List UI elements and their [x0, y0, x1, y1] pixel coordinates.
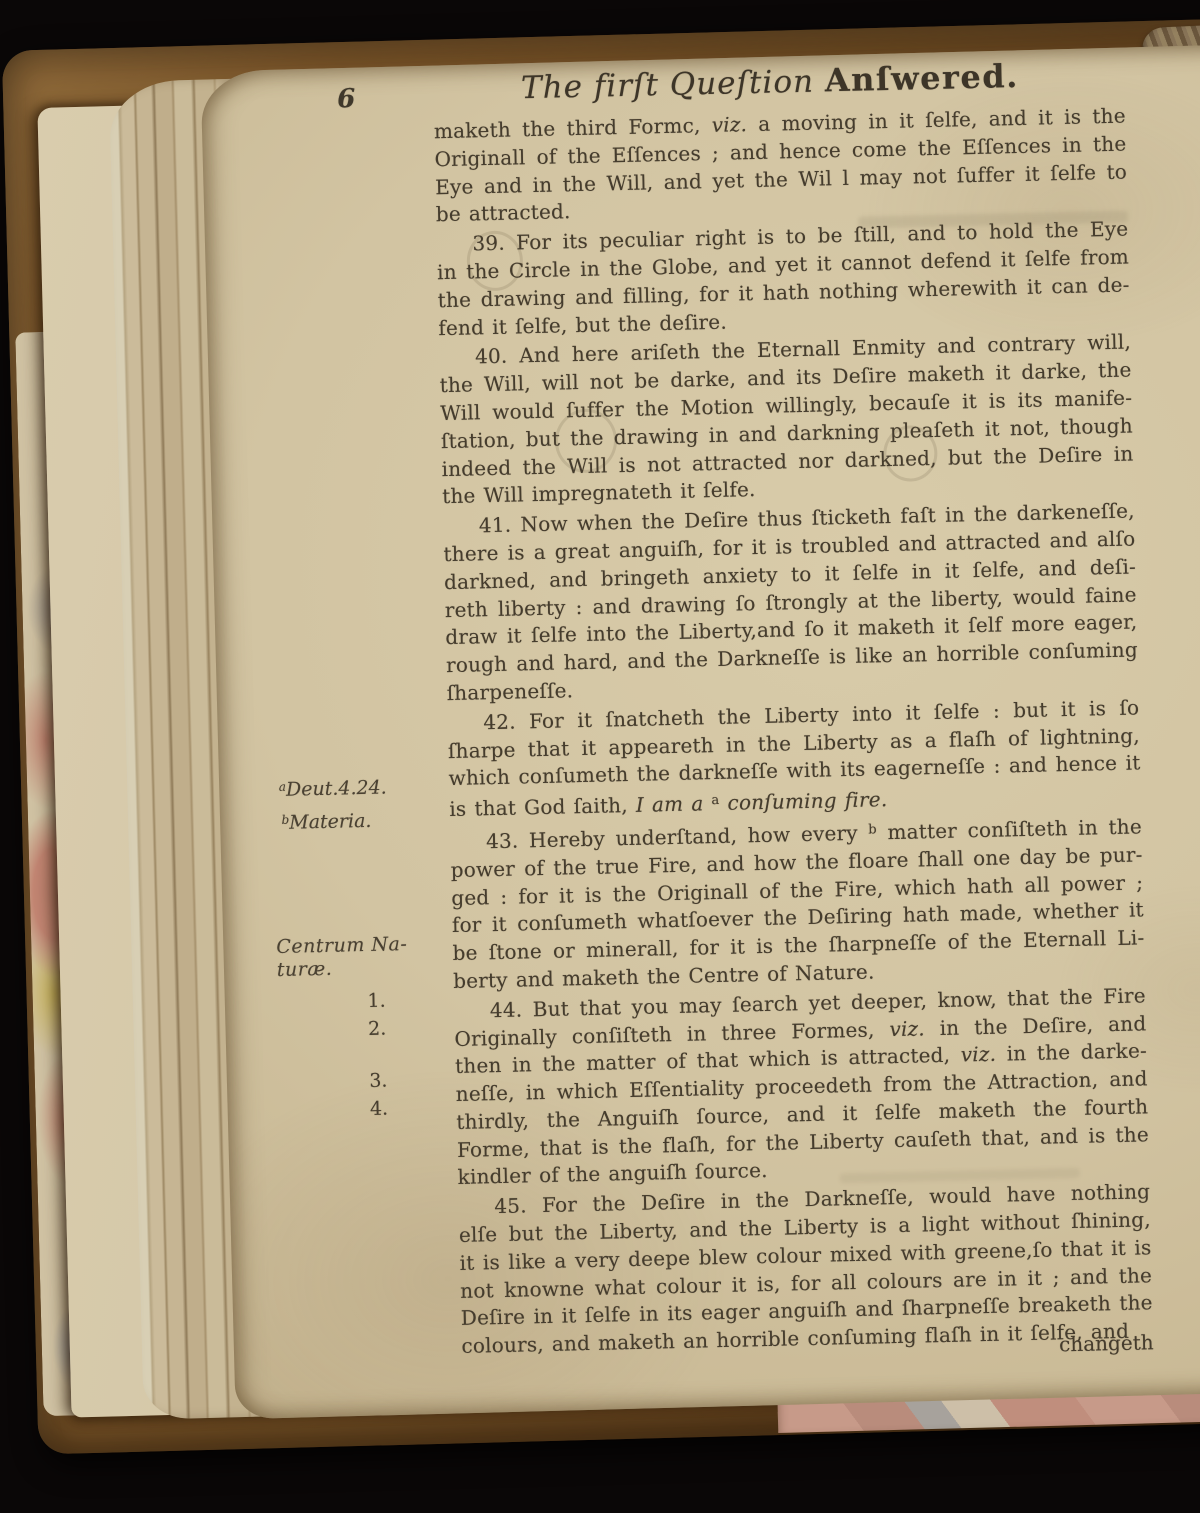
- paragraph: maketh the third Formc, viz. a moving in…: [434, 103, 1128, 230]
- text-segment: viz.: [889, 1016, 925, 1041]
- text-segment: fend it ſelfe, but the deſire.: [438, 309, 727, 340]
- running-title: The firſt Queſtion Anſwered.: [425, 55, 1116, 109]
- paragraph: 43. Hereby underſtand, how every b matte…: [450, 810, 1146, 995]
- text-segment: matter conſiſteth in the: [877, 814, 1143, 844]
- book: 6 The firſt Queſtion Anſwered. aDeut.4.2…: [2, 18, 1200, 1454]
- footnote-marker: b: [868, 822, 877, 837]
- running-title-italic: The firſt Queſtion: [521, 63, 826, 106]
- paragraph: 39. For its peculiar right is to be ſtil…: [436, 216, 1130, 343]
- page-number: 6: [337, 84, 356, 114]
- paragraph: 42. For it ſnatcheth the Liberty into it…: [447, 694, 1141, 824]
- text-segment: maketh the third Formc,: [434, 113, 712, 143]
- paragraph: 40. And here ariſeth the Eternall Enmity…: [439, 329, 1135, 511]
- paragraph: 44. But that you may ſearch yet deeper, …: [454, 982, 1150, 1192]
- text-segment: viz.: [711, 112, 747, 137]
- margin-number-4: 4.: [308, 1098, 389, 1123]
- book-page: 6 The firſt Queſtion Anſwered. aDeut.4.2…: [200, 43, 1200, 1419]
- margin-note-deut-text: Deut.4.24.: [286, 776, 387, 800]
- text-segment: kindler of the anguiſh ſource.: [457, 1158, 768, 1189]
- text-segment: in the Deſire, and: [925, 1011, 1147, 1040]
- running-title-roman: Anſwered.: [824, 57, 1019, 99]
- text-segment: viz.: [960, 1042, 996, 1067]
- photo-background: { "page": { "number": "6", "title_italic…: [0, 0, 1200, 1513]
- paragraph: 41. Now when the Deſire thus ſticketh fa…: [443, 498, 1139, 708]
- margin-note-centrum: Centrum Na- turæ.: [276, 933, 408, 982]
- margin-number-2: 2.: [306, 1018, 387, 1043]
- text-segment: conſuming fire.: [719, 787, 887, 815]
- text-segment: ſharpeneſſe.: [446, 678, 573, 705]
- text-segment: I am a: [636, 791, 712, 817]
- margin-number-3: 3.: [307, 1070, 388, 1095]
- text-segment: be attracted.: [436, 200, 571, 227]
- margin-note-materia: bMateria.: [281, 807, 371, 835]
- body-text: maketh the third Formc, viz. a moving in…: [434, 103, 1154, 1363]
- text-segment: the Will impregnateth it ſelfe.: [442, 477, 756, 508]
- margin-note-deut: aDeut.4.24.: [279, 773, 387, 801]
- margin-note-materia-text: Materia.: [289, 810, 372, 834]
- margin-number-1: 1.: [305, 990, 386, 1015]
- text-segment: in the darke-: [996, 1039, 1147, 1066]
- text-segment: is that God ſaith,: [449, 793, 636, 821]
- page-content: 6 The firſt Queſtion Anſwered. aDeut.4.2…: [255, 57, 1200, 1428]
